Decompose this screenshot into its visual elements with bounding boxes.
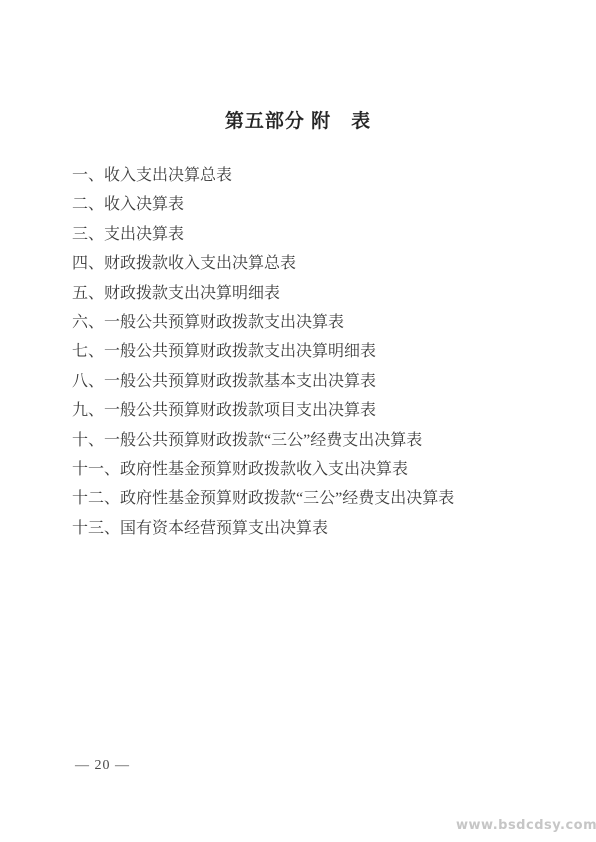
toc-item-10: 十、一般公共预算财政拨款“三公”经费支出决算表 xyxy=(72,426,454,455)
document-page: 第五部分 附 表 一、收入支出决算总表 二、收入决算表 三、支出决算表 四、财政… xyxy=(0,0,596,842)
page-number: — 20 — xyxy=(75,758,130,774)
section-title: 第五部分 附 表 xyxy=(0,106,596,133)
toc-item-8: 八、一般公共预算财政拨款基本支出决算表 xyxy=(72,367,454,396)
toc-item-13: 十三、国有资本经营预算支出决算表 xyxy=(72,514,454,543)
toc-item-7: 七、一般公共预算财政拨款支出决算明细表 xyxy=(72,337,454,366)
toc-item-6: 六、一般公共预算财政拨款支出决算表 xyxy=(72,308,454,337)
toc-item-5: 五、财政拨款支出决算明细表 xyxy=(72,279,454,308)
watermark: www.bsdcdsy.com xyxy=(456,818,596,833)
toc-list: 一、收入支出决算总表 二、收入决算表 三、支出决算表 四、财政拨款收入支出决算总… xyxy=(72,161,454,543)
toc-item-4: 四、财政拨款收入支出决算总表 xyxy=(72,249,454,278)
toc-item-2: 二、收入决算表 xyxy=(72,190,454,219)
toc-item-12: 十二、政府性基金预算财政拨款“三公”经费支出决算表 xyxy=(72,484,454,513)
toc-item-1: 一、收入支出决算总表 xyxy=(72,161,454,190)
toc-item-11: 十一、政府性基金预算财政拨款收入支出决算表 xyxy=(72,455,454,484)
toc-item-3: 三、支出决算表 xyxy=(72,220,454,249)
toc-item-9: 九、一般公共预算财政拨款项目支出决算表 xyxy=(72,396,454,425)
